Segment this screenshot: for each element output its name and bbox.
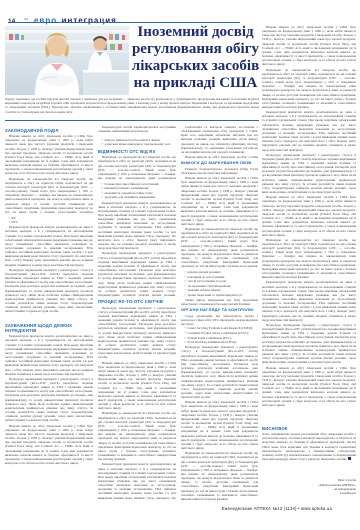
column-heading: ЗАУВАЖЕННЯ ЩОДО ДЕЯКИХ ІНГРЕДІЄНТІВ [5, 323, 93, 333]
title-line: на прикладі США [131, 75, 260, 92]
body-paragraph: Етикетка безрецептурного препарату (Drug… [181, 167, 258, 175]
body-paragraph: Таким чином, маркування має бути зрозумі… [181, 298, 258, 305]
text-block: Безрецептурні препарати можуть реалізову… [98, 201, 176, 297]
column-heading: ОРГАНИ НАГЛЯДУ ТА КОНТРОЛЮ [181, 308, 258, 313]
body-paragraph: Відповідно до законодавства всі лікарськ… [98, 411, 176, 461]
body-paragraph: Безрецептурні засоби характеризуються на… [98, 125, 176, 133]
body-paragraph: Процедура переведення препарату з рецепт… [5, 377, 93, 423]
bullet-item: безпека при самостійному застосуванні; [102, 182, 177, 186]
body-paragraph: Вперше вимоги до обігу лікарських засобі… [98, 361, 176, 411]
body-paragraph: Вперше вимоги до обігу лікарських засобі… [181, 155, 258, 158]
section-title-part2: интеграция [62, 16, 117, 25]
bullet-item: перелік діючих речовин; [185, 270, 259, 274]
body-paragraph: Безрецептурні препарати можуть реалізову… [5, 334, 93, 376]
body-paragraph: Вперше вимоги до обігу лікарських засобі… [5, 424, 93, 466]
text-block: Відповідно до законодавства всі лікарськ… [98, 155, 176, 181]
body-paragraph: Процедура переведення препарату з рецепт… [98, 306, 176, 360]
bullet-list: відпуск здійснюється без рецепта лікаря;… [98, 138, 176, 147]
column-2: Безрецептурні засоби характеризуються на… [98, 125, 176, 507]
body-paragraph: Серіалізація та контроль ланцюга постача… [181, 125, 258, 154]
bullet-item: Rx; [9, 216, 94, 220]
column-heading: ВІДМІННОСТІ ОТС ВІД RX [98, 149, 176, 154]
section-title-part1: евро [34, 16, 57, 25]
bullet-item: ОТС. [9, 220, 94, 224]
body-paragraph: Процедура переведення препарату з рецепт… [5, 268, 93, 314]
org-item: Food and Drug Administration (FDA). [185, 340, 259, 344]
text-block: Отже, американська модель регулювання об… [262, 432, 356, 474]
page-footer: Еженедельник АПТЕКА №13 (1134) • www.apt… [222, 506, 332, 511]
masthead-rule [8, 22, 240, 23]
body-paragraph: Безрецептурні препарати можуть реалізову… [98, 462, 176, 500]
body-paragraph: Процедура переведення препарату з рецепт… [98, 251, 176, 296]
signature-line: www.fda.gov [262, 491, 356, 495]
bullet-item: відпуск здійснюється без рецепта лікаря; [102, 138, 177, 142]
newspaper-page: 14 :: евро интеграция [0, 0, 360, 530]
text-block: Вперше вимоги до обігу лікарських засобі… [5, 134, 93, 215]
org-item: Consumer Product Safety Commission (CPSC… [185, 331, 259, 335]
title-line: регулювання обігу [131, 41, 260, 58]
body-paragraph: Процедура переведення препарату з рецепт… [262, 153, 356, 195]
body-paragraph: Безрецептурні препарати можуть реалізову… [262, 110, 356, 152]
article-photo [5, 26, 129, 95]
column-heading: ВИСНОВОК [262, 426, 356, 431]
bullet-item: застереження і протипоказання; [185, 284, 259, 288]
section-prefix: :: [24, 16, 28, 25]
bullet-item: можливі побічні ефекти; [185, 288, 259, 292]
body-paragraph: Вперше вимоги до обігу лікарських засобі… [181, 176, 258, 226]
text-block: Безрецептурні препарати можуть реалізову… [5, 225, 93, 320]
bullet-list: перелік діючих речовин; показання до зас… [181, 270, 258, 297]
lede-rule [5, 120, 259, 121]
article-lede: Одразу зазначимо, що в США відсутні апте… [5, 97, 259, 118]
body-paragraph: Вперше вимоги до обігу лікарських засобі… [262, 366, 356, 408]
body-paragraph: Безрецептурні препарати можуть реалізову… [5, 225, 93, 267]
bullet-item: дозволена вільна викладка в торговельном… [102, 142, 177, 146]
org-item: Center for Drug Evaluation and Research … [185, 326, 259, 330]
pharmacy-photo-illustration [5, 26, 129, 95]
bullet-list: Rx; ОТС. [5, 216, 93, 225]
bullet-item: можливість самодіагностики стану; [102, 191, 177, 195]
body-paragraph: Відповідно до законодавства всі лікарськ… [181, 451, 258, 501]
column-1: ЗАКОНОДАВЧИЙ ПОДІЛ Вперше вимоги до обіг… [5, 125, 93, 507]
column-heading: ЗАКОНОДАВЧИЙ ПОДІЛ [5, 128, 93, 133]
body-paragraph: Вперше вимоги до обігу лікарських засобі… [5, 134, 93, 176]
column-3: Серіалізація та контроль ланцюга постача… [181, 125, 258, 507]
body-paragraph: Вперше вимоги до обігу лікарських засобі… [262, 195, 356, 237]
bullet-item: зрозуміле для споживача маркування. [102, 195, 177, 199]
body-paragraph: Серед організацій, які забезпечують нагл… [181, 314, 258, 326]
bullet-item: показання до застосування; [185, 275, 259, 279]
body-paragraph: Отже, американська модель регулювання об… [262, 432, 356, 461]
body-paragraph: Відповідно до законодавства всі лікарськ… [181, 227, 258, 270]
text-block: Процедура переведення препарату з рецепт… [181, 345, 258, 505]
text-block: Безрецептурні препарати можуть реалізову… [5, 334, 93, 502]
title-line: Іноземний досвід [131, 24, 260, 41]
body-paragraph: Відповідно до законодавства всі лікарськ… [262, 238, 356, 280]
text-block: Етикетка безрецептурного препарату (Drug… [181, 167, 258, 270]
article-endmark [348, 457, 351, 460]
text-block: Процедура переведення препарату з рецепт… [98, 306, 176, 501]
bullet-item: спосіб застосування та дози; [185, 279, 259, 283]
bullet-list: безпека при самостійному застосуванні; н… [98, 182, 176, 200]
column-heading: ПРОЦЕС RX-TO-OTC СВІТЧІВ [98, 299, 176, 304]
body-paragraph: Безрецептурні препарати можуть реалізову… [98, 201, 176, 251]
article-signature: Прес-служба «Щотижневика АПТЕКА», за мат… [262, 478, 356, 496]
body-paragraph: Відповідно до законодавства всі лікарськ… [5, 177, 93, 215]
body-paragraph: Безрецептурні препарати можуть реалізову… [262, 280, 356, 322]
body-paragraph: Відповідно до законодавства всі лікарськ… [98, 155, 176, 181]
org-item: Federal Trade Commission (FTC); [185, 336, 259, 340]
text-block: Серед організацій, які забезпечують нагл… [181, 314, 258, 326]
text-block: Безрецептурні засоби характеризуються на… [98, 125, 176, 137]
article-title: Іноземний досвід регулювання обігу лікар… [131, 24, 260, 96]
body-paragraph: Вперше вимоги до обігу лікарських засобі… [181, 400, 258, 450]
text-block: Таким чином, маркування має бути зрозумі… [181, 298, 258, 305]
body-paragraph: Процедура переведення препарату з рецепт… [181, 345, 258, 399]
title-line: лікарських засобів [131, 58, 260, 75]
bullet-item: низький потенціал зловживання; [102, 186, 177, 190]
bullet-item: умови зберігання та термін придатності. [185, 293, 259, 297]
body-paragraph: Відповідно до законодавства всі лікарськ… [262, 68, 356, 110]
regulator-orgs-list: Center for Drug Evaluation and Research … [181, 326, 258, 344]
body-paragraph: Вперше вимоги до обігу лікарських засобі… [262, 25, 356, 67]
body-paragraph: Процедура переведення препарату з рецепт… [262, 323, 356, 365]
text-block: Вперше вимоги до обігу лікарських засобі… [262, 25, 356, 423]
text-block: Серіалізація та контроль ланцюга постача… [181, 125, 258, 158]
column-4: Вперше вимоги до обігу лікарських засобі… [262, 25, 356, 507]
column-heading: ВИМОГИ ДО МАРКУВАННЯ ЛІКІВ [181, 161, 258, 166]
